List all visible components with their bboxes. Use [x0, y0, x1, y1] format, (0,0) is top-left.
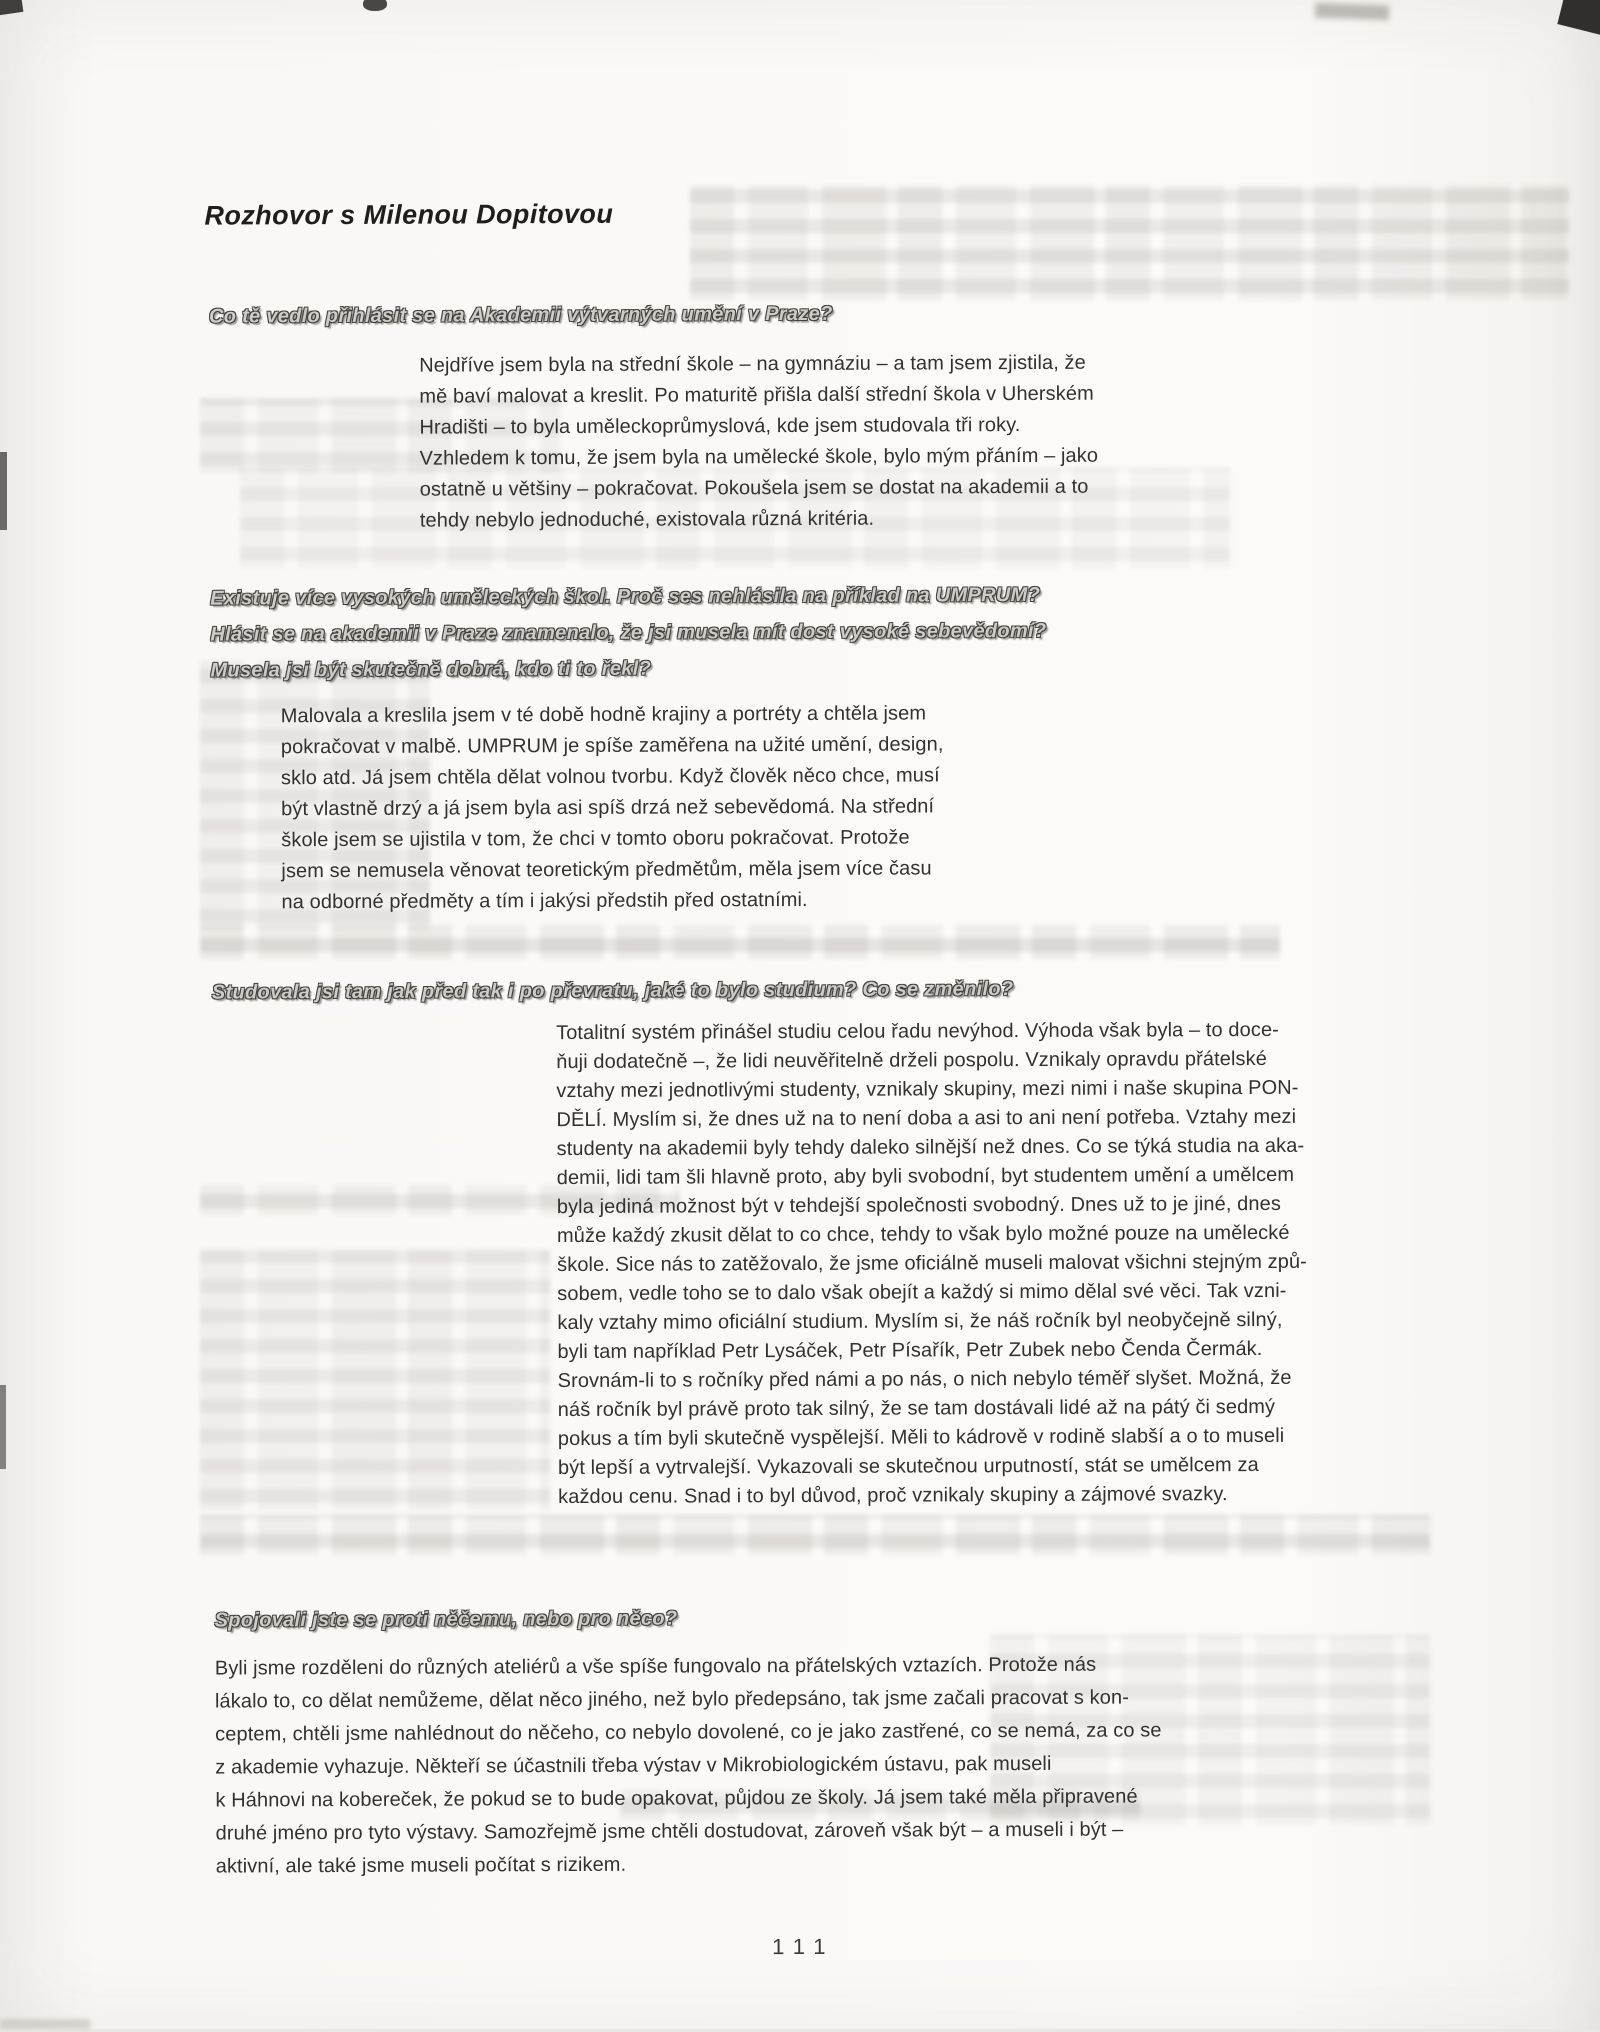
qa-block-3: Studovala jsi tam jak před tak i po přev… [0, 0, 1596, 4]
question-1: Co tě vedlo přihlásit se na Akademii výt… [209, 294, 1309, 335]
scanned-page: Rozhovor s Milenou Dopitovou Co tě vedlo… [0, 0, 1600, 2029]
question-4: Spojovali jste se proti něčemu, nebo pro… [215, 1598, 1315, 1639]
qa-block-1: Co tě vedlo přihlásit se na Akademii výt… [0, 0, 1596, 4]
answer-1: Nejdříve jsem byla na střední škole – na… [419, 347, 1200, 536]
page-number: 111 [772, 1934, 836, 1960]
page-title: Rozhovor s Milenou Dopitovou [204, 199, 613, 232]
answer-4: Byli jsme rozděleni do různých ateliérů … [215, 1648, 1356, 1884]
question-3: Studovala jsi tam jak před tak i po přev… [212, 969, 1462, 1010]
page-content: Rozhovor s Milenou Dopitovou Co tě vedlo… [0, 0, 1600, 2029]
answer-2: Malovala a kreslila jsem v té době hodně… [281, 698, 1102, 919]
qa-block-4: Spojovali jste se proti něčemu, nebo pro… [0, 0, 1596, 4]
qa-block-2: Existuje více vysokých uměleckých škol. … [0, 0, 1596, 4]
question-2: Existuje více vysokých uměleckých škol. … [210, 576, 1360, 689]
answer-3: Totalitní systém přinášel studiu celou ř… [556, 1015, 1458, 1512]
